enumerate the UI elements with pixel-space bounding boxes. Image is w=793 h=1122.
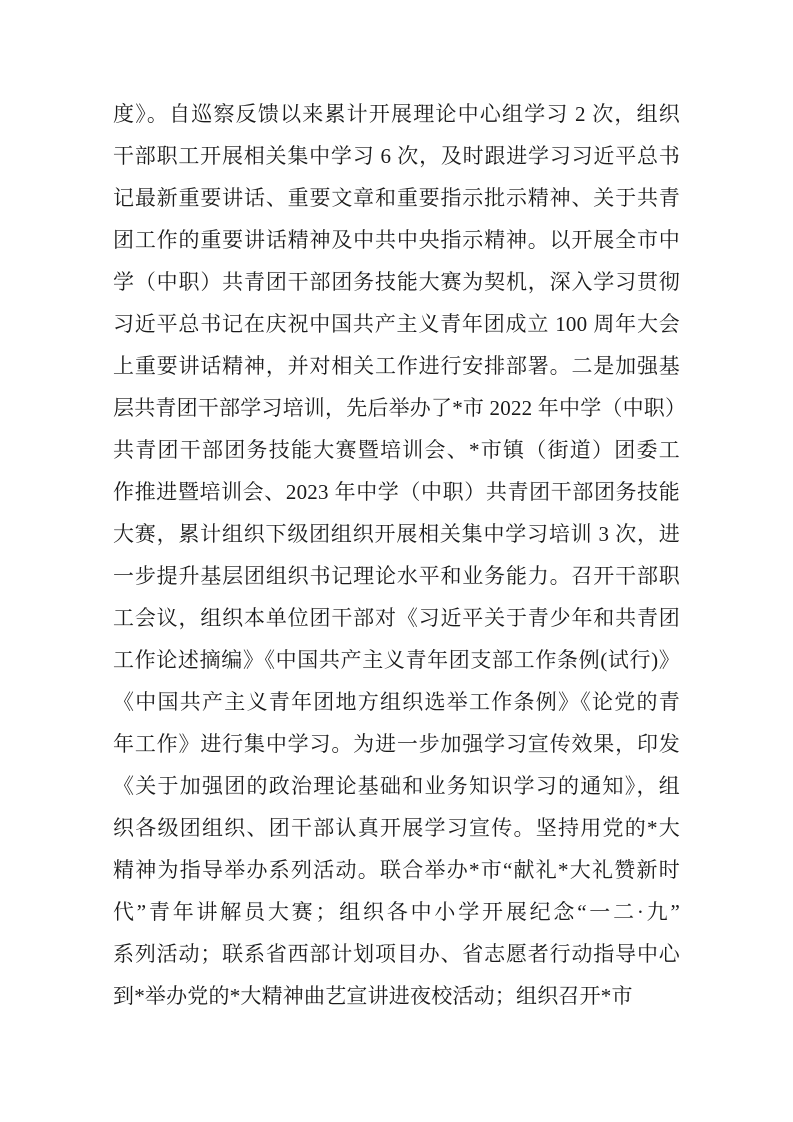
text-line: 上重要讲话精神，并对相关工作进行安排部署。二是加强基 — [113, 345, 680, 387]
text-line: 共青团干部团务技能大赛暨培训会、*市镇（街道）团委工 — [113, 429, 680, 471]
text-line: 干部职工开展相关集中学习 6 次，及时跟进学习习近平总书 — [113, 135, 680, 177]
document-page: 度》。自巡察反馈以来累计开展理论中心组学习 2 次，组织干部职工开展相关集中学习… — [0, 0, 793, 1122]
text-line: 层共青团干部学习培训，先后举办了*市 2022 年中学（中职） — [113, 387, 680, 429]
text-line: 习近平总书记在庆祝中国共产主义青年团成立 100 周年大会 — [113, 303, 680, 345]
text-line: 到*举办党的*大精神曲艺宣讲进夜校活动；组织召开*市 — [113, 975, 680, 1017]
text-line: 代”青年讲解员大赛；组织各中小学开展纪念“一二·九” — [113, 891, 680, 933]
text-line: 度》。自巡察反馈以来累计开展理论中心组学习 2 次，组织 — [113, 93, 680, 135]
text-line: 《关于加强团的政治理论基础和业务知识学习的通知》，组 — [113, 765, 680, 807]
document-text-block: 度》。自巡察反馈以来累计开展理论中心组学习 2 次，组织干部职工开展相关集中学习… — [113, 93, 680, 1017]
text-line: 系列活动；联系省西部计划项目办、省志愿者行动指导中心 — [113, 933, 680, 975]
text-line: 一步提升基层团组织书记理论水平和业务能力。召开干部职 — [113, 555, 680, 597]
text-line: 记最新重要讲话、重要文章和重要指示批示精神、关于共青 — [113, 177, 680, 219]
text-line: 《中国共产主义青年团地方组织选举工作条例》《论党的青 — [113, 681, 680, 723]
text-line: 工会议，组织本单位团干部对《习近平关于青少年和共青团 — [113, 597, 680, 639]
text-line: 年工作》进行集中学习。为进一步加强学习宣传效果，印发 — [113, 723, 680, 765]
text-line: 团工作的重要讲话精神及中共中央指示精神。以开展全市中 — [113, 219, 680, 261]
text-line: 作推进暨培训会、2023 年中学（中职）共青团干部团务技能 — [113, 471, 680, 513]
text-line: 精神为指导举办系列活动。联合举办*市“献礼*大礼赞新时 — [113, 849, 680, 891]
text-line: 学（中职）共青团干部团务技能大赛为契机，深入学习贯彻 — [113, 261, 680, 303]
text-line: 大赛，累计组织下级团组织开展相关集中学习培训 3 次，进 — [113, 513, 680, 555]
text-line: 织各级团组织、团干部认真开展学习宣传。坚持用党的*大 — [113, 807, 680, 849]
text-line: 工作论述摘编》《中国共产主义青年团支部工作条例(试行)》 — [113, 639, 680, 681]
